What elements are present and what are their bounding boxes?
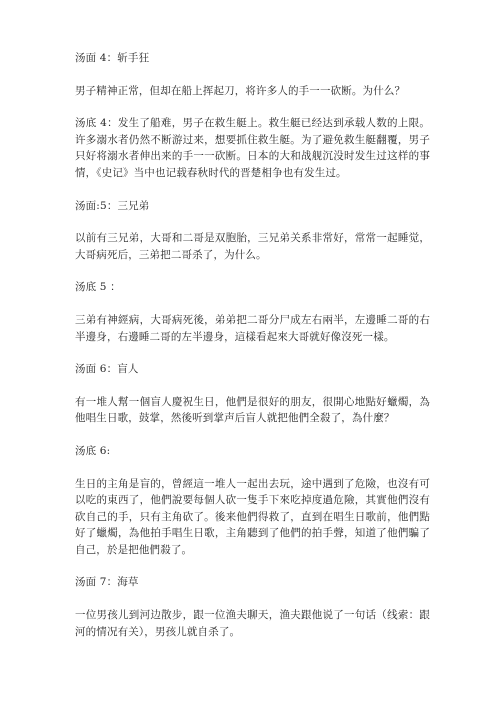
puzzle-answer: 生日的主角是盲的，曾經這一堆人一起出去玩，途中遇到了危險，也沒有可以吃的東西了，…: [75, 476, 430, 559]
puzzle-answer-label: 汤底 6:: [75, 443, 430, 460]
puzzle-title: 汤面 6：盲人: [75, 361, 430, 378]
puzzle-answer-label: 汤底 5 ：: [75, 279, 430, 296]
puzzle-title: 汤面:5：三兄弟: [75, 198, 430, 215]
puzzle-section-5: 汤面:5：三兄弟 以前有三兄弟，大哥和二哥是双胞胎，三兄弟关系非常好，常常一起睡…: [75, 198, 430, 346]
puzzle-section-6: 汤面 6：盲人 有一堆人幫一個盲人慶祝生日，他們是很好的朋友，很開心地點好蠟燭，…: [75, 361, 430, 558]
puzzle-section-4: 汤面 4：斩手狂 男子精神正常，但却在船上挥起刀，将许多人的手一一砍断。为什么？…: [75, 50, 430, 182]
puzzle-question: 有一堆人幫一個盲人慶祝生日，他們是很好的朋友，很開心地點好蠟燭，為他唱生日歌，鼓…: [75, 394, 430, 427]
puzzle-question: 一位男孩儿到河边散步，跟一位渔夫聊天，渔夫跟他说了一句话（线索：跟河的情况有关）…: [75, 607, 430, 640]
puzzle-answer: 三弟有神經病，大哥病死後，弟弟把二哥分尸成左右兩半，左邊睡二哥的右半邊身，右邊睡…: [75, 312, 430, 345]
puzzle-section-7: 汤面 7：海草 一位男孩儿到河边散步，跟一位渔夫聊天，渔夫跟他说了一句话（线索：…: [75, 574, 430, 640]
puzzle-answer: 汤底 4：发生了船难，男子在救生艇上。救生艇已经达到承载人数的上限。许多溺水者仍…: [75, 115, 430, 181]
puzzle-question: 男子精神正常，但却在船上挥起刀，将许多人的手一一砍断。为什么？: [75, 83, 430, 100]
puzzle-title: 汤面 4：斩手狂: [75, 50, 430, 67]
puzzle-question: 以前有三兄弟，大哥和二哥是双胞胎，三兄弟关系非常好，常常一起睡觉，大哥病死后，三…: [75, 230, 430, 263]
puzzle-title: 汤面 7：海草: [75, 574, 430, 591]
document-page: 汤面 4：斩手狂 男子精神正常，但却在船上挥起刀，将许多人的手一一砍断。为什么？…: [0, 0, 500, 707]
